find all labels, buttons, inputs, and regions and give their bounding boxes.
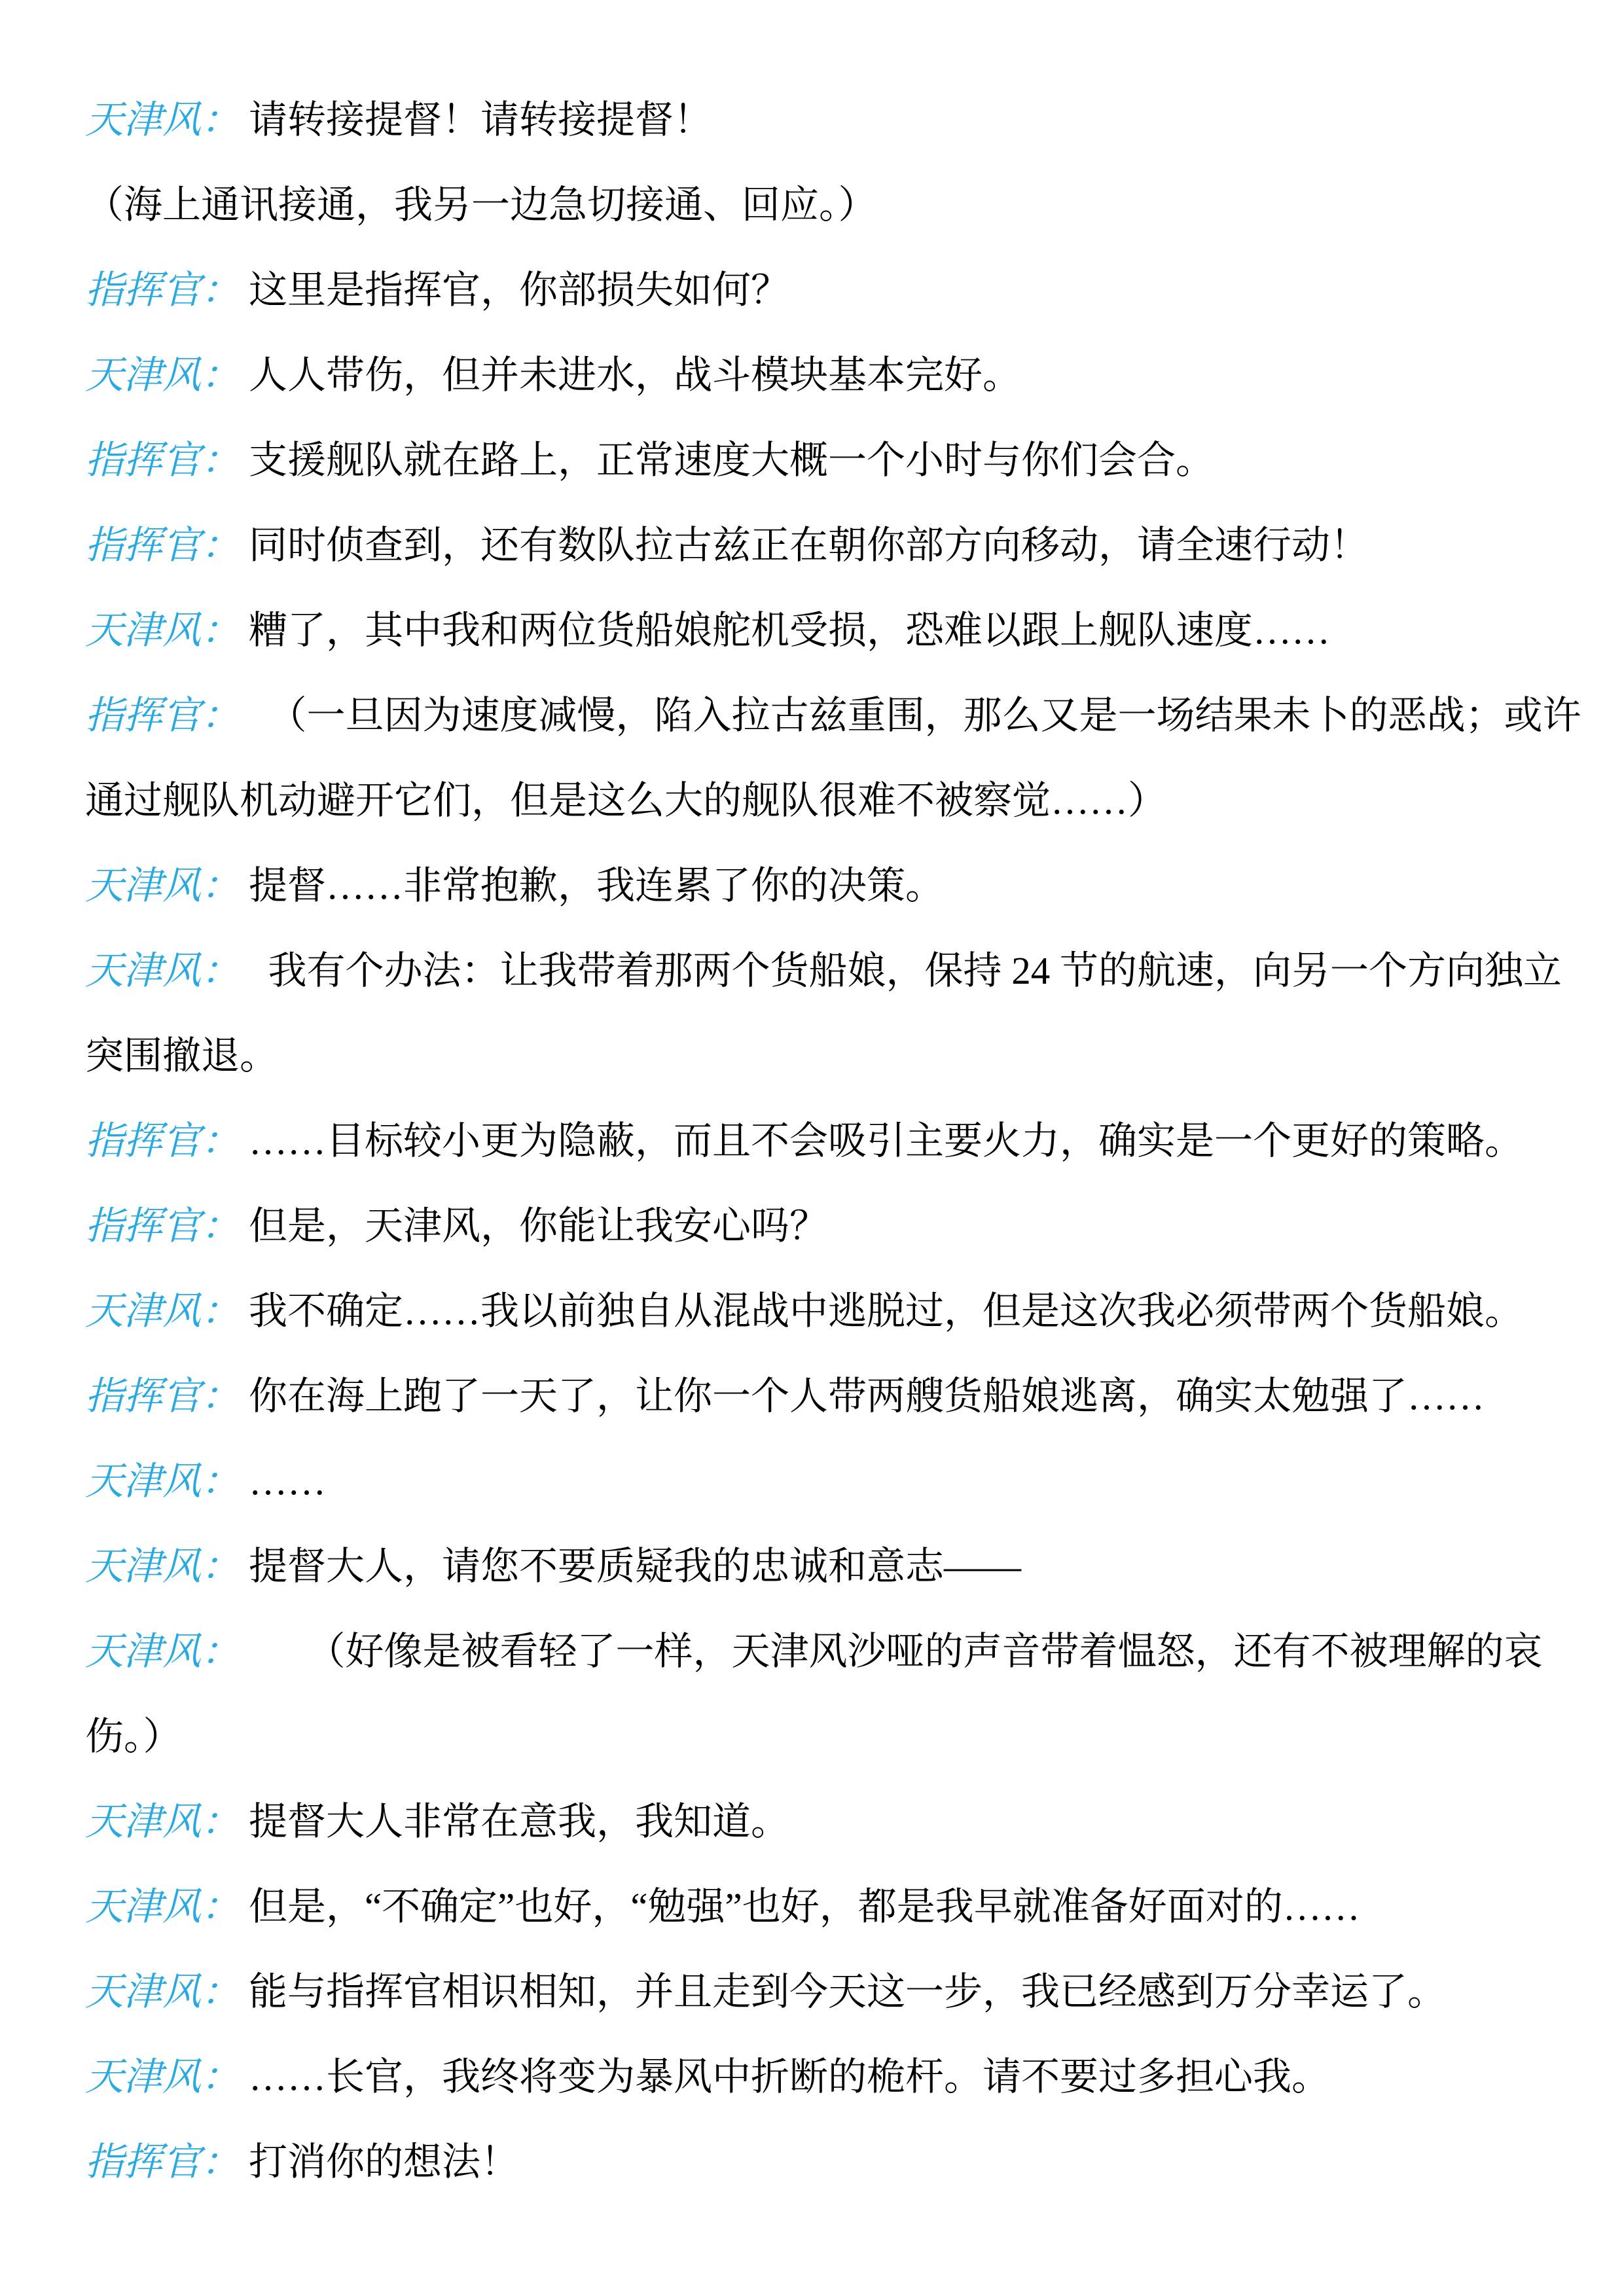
dialogue-line: 指挥官：同时侦查到，还有数队拉古兹正在朝你部方向移动，请全速行动！: [85, 503, 1590, 588]
speaker-label: 天津风：: [85, 1864, 249, 1949]
dialogue-line: 指挥官：你在海上跑了一天了，让你一个人带两艘货船娘逃离，确实太勉强了……: [85, 1354, 1590, 1439]
dialogue-text: （好像是被看轻了一样，天津风沙哑的声音带着愠怒，还有不被理解的哀伤。）: [85, 1630, 1543, 1758]
dialogue-line: 天津风：……: [85, 1439, 1590, 1524]
speaker-label: 天津风：: [85, 2034, 249, 2119]
dialogue-line: 天津风： （好像是被看轻了一样，天津风沙哑的声音带着愠怒，还有不被理解的哀伤。）: [85, 1609, 1590, 1779]
dialogue-line: 指挥官：打消你的想法！: [85, 2119, 1590, 2204]
dialogue-text: 但是，“不确定”也好，“勉强”也好，都是我早就准备好面对的……: [249, 1885, 1360, 1928]
dialogue-line: 指挥官：……目标较小更为隐蔽，而且不会吸引主要火力，确实是一个更好的策略。: [85, 1098, 1590, 1183]
speaker-label: 指挥官：: [85, 1098, 249, 1183]
speaker-label: 天津风：: [85, 1949, 249, 2034]
dialogue-text: 同时侦查到，还有数队拉古兹正在朝你部方向移动，请全速行动！: [249, 524, 1369, 567]
dialogue-text: 提督大人，请您不要质疑我的忠诚和意志——: [249, 1545, 1021, 1588]
script-page: { "page": { "bg": "#ffffff", "speaker_co…: [0, 0, 1624, 2296]
speaker-label: 指挥官：: [85, 1354, 249, 1439]
dialogue-text: ……长官，我终将变为暴风中折断的桅杆。请不要过多担心我。: [249, 2055, 1330, 2098]
speaker-label: 天津风：: [85, 588, 249, 673]
dialogue-text: ……: [249, 1460, 326, 1503]
dialogue-line: 天津风：人人带伤，但并未进水，战斗模块基本完好。: [85, 332, 1590, 418]
dialogue-text: ……目标较小更为隐蔽，而且不会吸引主要火力，确实是一个更好的策略。: [249, 1119, 1523, 1162]
speaker-label: 天津风：: [85, 77, 249, 162]
dialogue-text: 提督大人非常在意我，我知道。: [249, 1800, 789, 1843]
dialogue-line: 指挥官：但是，天津风，你能让我安心吗？: [85, 1183, 1590, 1268]
dialogue-line: 天津风：提督……非常抱歉，我连累了你的决策。: [85, 843, 1590, 928]
dialogue-text: （一旦因为速度减慢，陷入拉古兹重围，那么又是一场结果未卜的恶战；或许通过舰队机动…: [85, 694, 1581, 822]
dialogue-line: 天津风： 我有个办法：让我带着那两个货船娘，保持 24 节的航速，向另一个方向独…: [85, 928, 1590, 1098]
dialogue-text: 请转接提督！请转接提督！: [249, 98, 712, 141]
dialogue-line: 天津风：……长官，我终将变为暴风中折断的桅杆。请不要过多担心我。: [85, 2034, 1590, 2119]
dialogue-text: （海上通讯接通，我另一边急切接通、回应。）: [85, 183, 877, 226]
speaker-label: 天津风：: [85, 928, 249, 1013]
speaker-label: 指挥官：: [85, 1183, 249, 1268]
speaker-label: 天津风：: [85, 1609, 249, 1694]
dialogue-line: 天津风：但是，“不确定”也好，“勉强”也好，都是我早就准备好面对的……: [85, 1864, 1590, 1949]
dialogue-line: 指挥官：这里是指挥官，你部损失如何？: [85, 247, 1590, 332]
dialogue-text: 人人带伤，但并未进水，战斗模块基本完好。: [249, 353, 1021, 397]
speaker-label: 指挥官：: [85, 2119, 249, 2204]
dialogue-text: 这里是指挥官，你部损失如何？: [249, 268, 789, 312]
speaker-label: 天津风：: [85, 1268, 249, 1354]
dialogue-line: 天津风：我不确定……我以前独自从混战中逃脱过，但是这次我必须带两个货船娘。: [85, 1268, 1590, 1354]
dialogue-text: 提督……非常抱歉，我连累了你的决策。: [249, 864, 944, 907]
speaker-label: 天津风：: [85, 843, 249, 928]
speaker-label: 天津风：: [85, 1439, 249, 1524]
dialogue-line: 天津风：提督大人，请您不要质疑我的忠诚和意志——: [85, 1524, 1590, 1609]
dialogue-line: 天津风：提督大人非常在意我，我知道。: [85, 1779, 1590, 1864]
dialogue-text: 我有个办法：让我带着那两个货船娘，保持 24 节的航速，向另一个方向独立突围撤退…: [85, 949, 1562, 1077]
speaker-label: 天津风：: [85, 1779, 249, 1864]
dialogue-text: 但是，天津风，你能让我安心吗？: [249, 1204, 828, 1247]
speaker-label: 指挥官：: [85, 503, 249, 588]
dialogue-line: 天津风：能与指挥官相识相知，并且走到今天这一步，我已经感到万分幸运了。: [85, 1949, 1590, 2034]
dialogue-text: 你在海上跑了一天了，让你一个人带两艘货船娘逃离，确实太勉强了……: [249, 1374, 1485, 1418]
dialogue-line: 指挥官：支援舰队就在路上，正常速度大概一个小时与你们会合。: [85, 418, 1590, 503]
dialogue-line: 天津风：请转接提督！请转接提督！: [85, 77, 1590, 162]
speaker-label: 指挥官：: [85, 247, 249, 332]
dialogue-text: 能与指挥官相识相知，并且走到今天这一步，我已经感到万分幸运了。: [249, 1970, 1446, 2013]
dialogue-text: 糟了，其中我和两位货船娘舵机受损，恐难以跟上舰队速度……: [249, 609, 1330, 652]
dialogue-text: 打消你的想法！: [249, 2140, 519, 2183]
dialogue-line: 指挥官： （一旦因为速度减慢，陷入拉古兹重围，那么又是一场结果未卜的恶战；或许通…: [85, 673, 1590, 843]
dialogue-text: 支援舰队就在路上，正常速度大概一个小时与你们会合。: [249, 439, 1214, 482]
speaker-label: 天津风：: [85, 1524, 249, 1609]
dialogue-line: （海上通讯接通，我另一边急切接通、回应。）: [85, 162, 1590, 247]
speaker-label: 指挥官：: [85, 673, 249, 758]
speaker-label: 指挥官：: [85, 418, 249, 503]
dialogue-text: 我不确定……我以前独自从混战中逃脱过，但是这次我必须带两个货船娘。: [249, 1289, 1523, 1333]
speaker-label: 天津风：: [85, 332, 249, 418]
dialogue-line: 天津风：糟了，其中我和两位货船娘舵机受损，恐难以跟上舰队速度……: [85, 588, 1590, 673]
